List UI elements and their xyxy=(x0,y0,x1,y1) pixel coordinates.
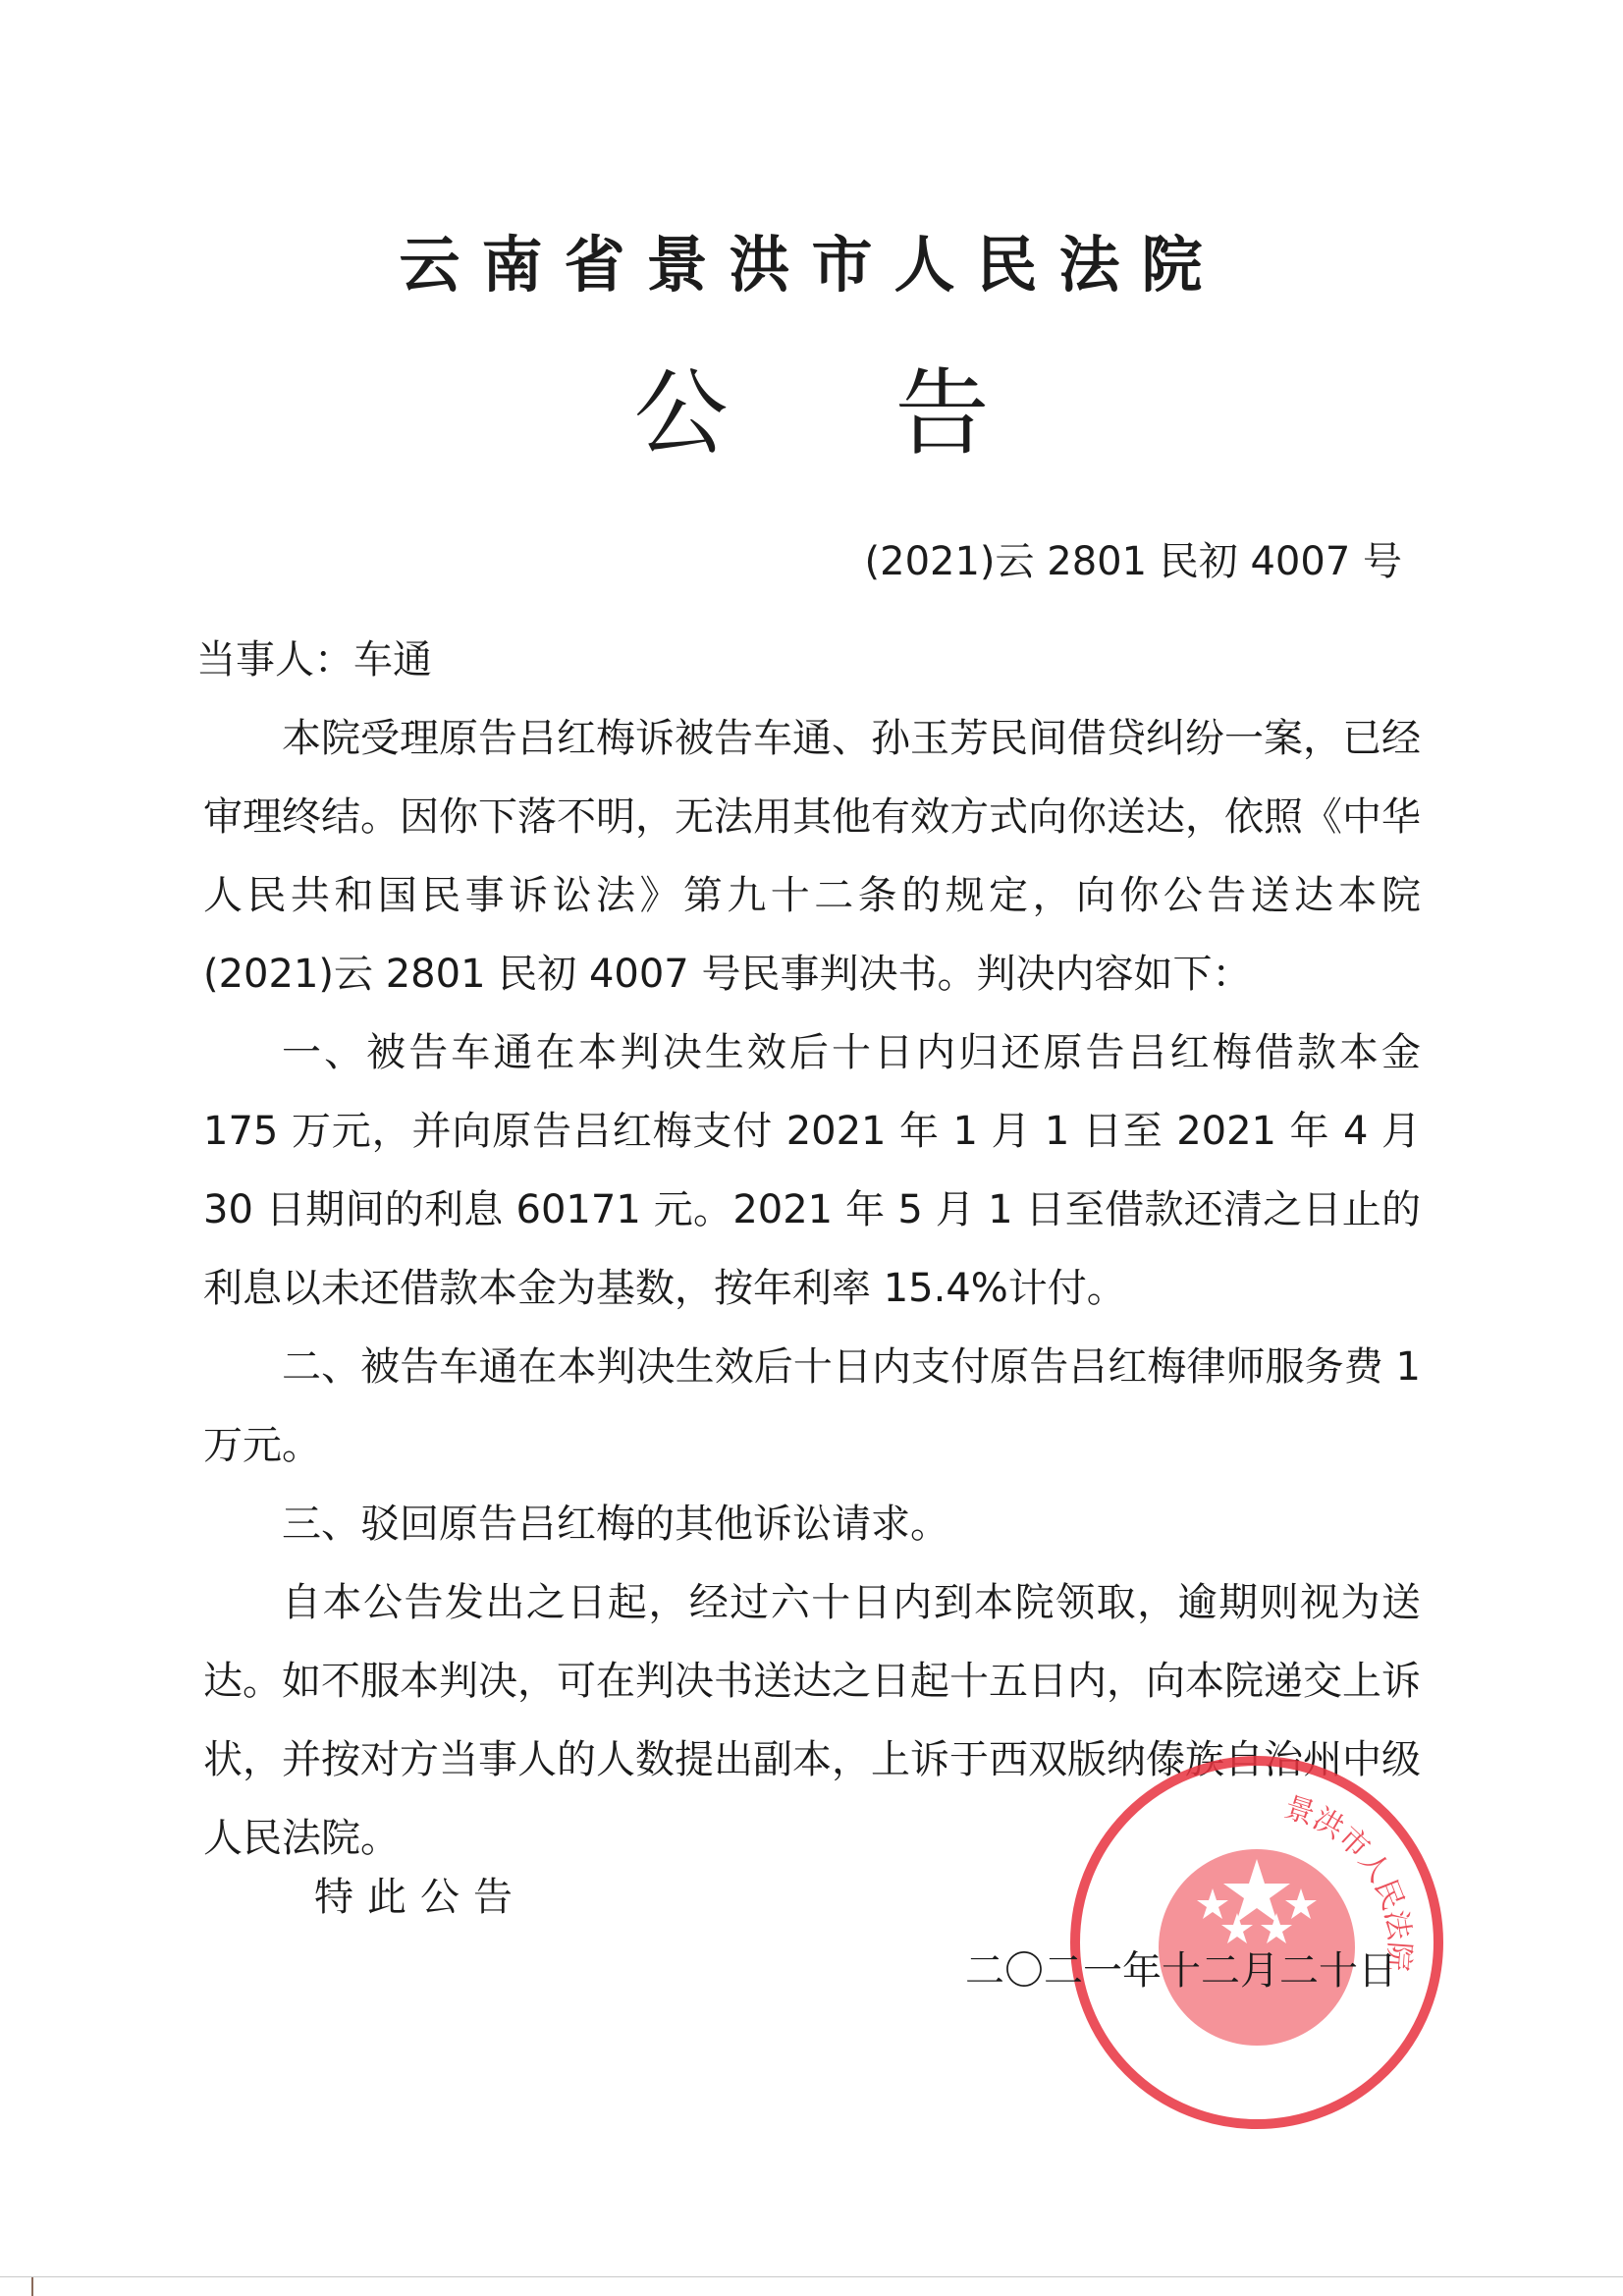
paragraph-intro: 本院受理原告吕红梅诉被告车通、孙玉芳民间借贷纠纷一案，已经审理终结。因你下落不明… xyxy=(203,699,1421,1013)
scan-edge-line xyxy=(0,2276,1623,2277)
issue-date: 二〇二一年十二月二十日 xyxy=(965,1940,1397,1995)
paragraph-judgment-2: 二、被告车通在本判决生效后十日内支付原告吕红梅律师服务费 1 万元。 xyxy=(203,1328,1421,1485)
paragraph-judgment-1: 一、被告车通在本判决生效后十日内归还原告吕红梅借款本金 175 万元，并向原告吕… xyxy=(203,1013,1421,1328)
party-label: 当事人：车通 xyxy=(196,629,432,684)
notice-body: 本院受理原告吕红梅诉被告车通、孙玉芳民间借贷纠纷一案，已经审理终结。因你下落不明… xyxy=(203,699,1421,1878)
case-number: (2021)云 2801 民初 4007 号 xyxy=(865,530,1402,586)
closing-text: 特此公告 xyxy=(314,1866,526,1922)
document-title: 公告 xyxy=(0,339,1623,473)
scan-edge-mark xyxy=(31,2277,33,2296)
court-name: 云南省景洪市人民法院 xyxy=(0,216,1623,303)
paragraph-judgment-3: 三、驳回原告吕红梅的其他诉讼请求。 xyxy=(203,1485,1421,1563)
notice-page: 云南省景洪市人民法院 公告 (2021)云 2801 民初 4007 号 当事人… xyxy=(0,0,1623,2296)
